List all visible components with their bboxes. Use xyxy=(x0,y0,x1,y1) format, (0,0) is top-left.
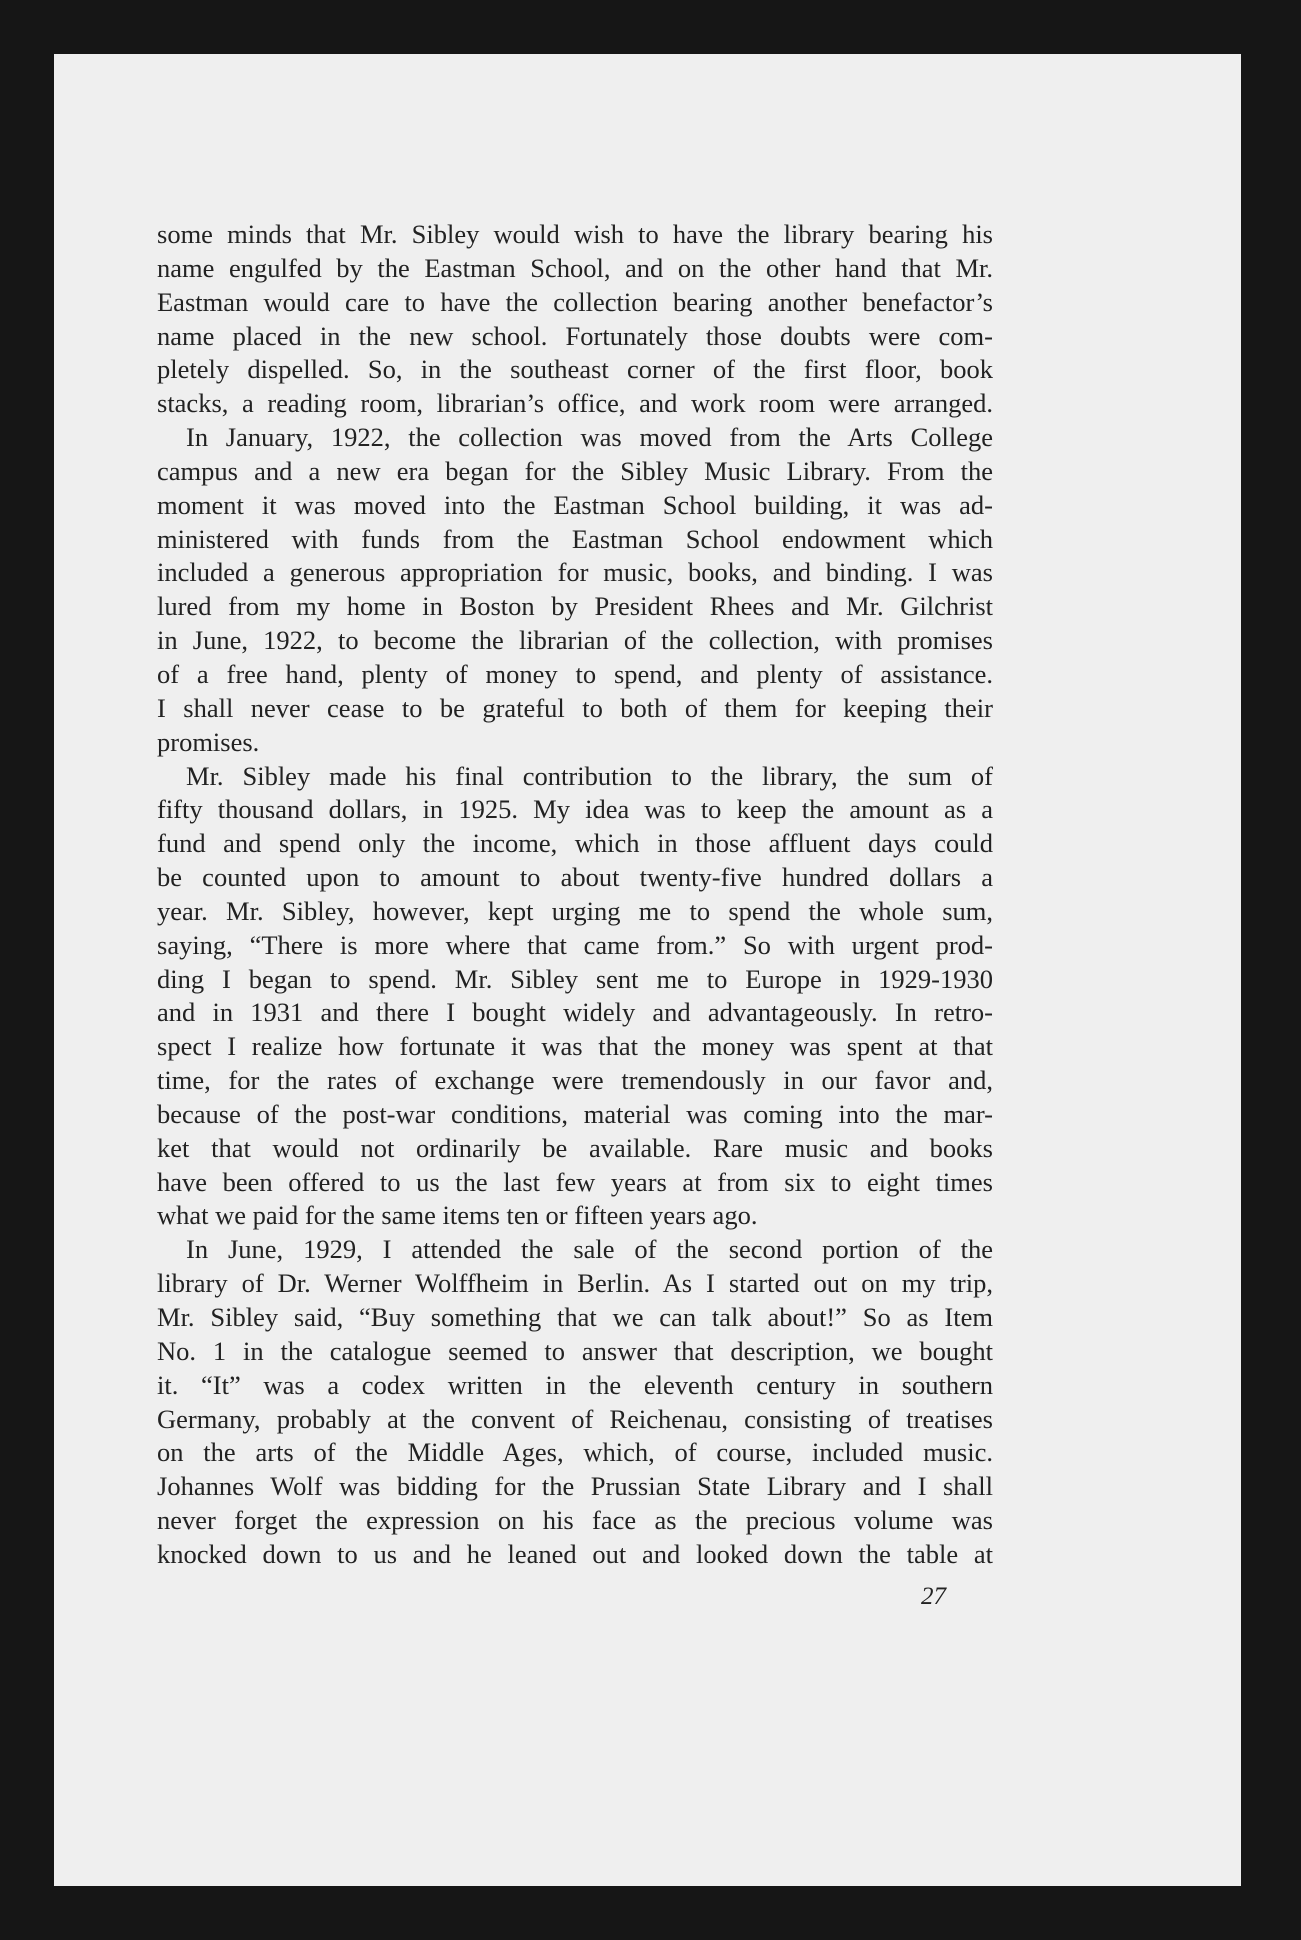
page-number: 27 xyxy=(921,1583,946,1611)
text-line: knocked down to us and he leaned out and… xyxy=(157,1538,993,1572)
text-line: Germany, probably at the convent of Reic… xyxy=(157,1403,993,1437)
text-line: be counted upon to amount to about twent… xyxy=(157,861,993,895)
paragraph-2: In January, 1922, the collection was mov… xyxy=(157,421,993,759)
text-line: name placed in the new school. Fortunate… xyxy=(157,320,993,354)
text-line: time, for the rates of exchange were tre… xyxy=(157,1064,993,1098)
text-line: pletely dispelled. So, in the southeast … xyxy=(157,353,993,387)
text-line: because of the post-war conditions, mate… xyxy=(157,1098,993,1132)
text-line: spect I realize how fortunate it was tha… xyxy=(157,1030,993,1064)
text-line: and in 1931 and there I bought widely an… xyxy=(157,996,993,1030)
text-line: ding I began to spend. Mr. Sibley sent m… xyxy=(157,963,993,997)
text-line: Mr. Sibley said, “Buy something that we … xyxy=(157,1301,993,1335)
text-line: it. “It” was a codex written in the elev… xyxy=(157,1369,993,1403)
text-line: on the arts of the Middle Ages, which, o… xyxy=(157,1436,993,1470)
text-line: included a generous appropriation for mu… xyxy=(157,556,993,590)
text-line: in June, 1922, to become the librarian o… xyxy=(157,624,993,658)
text-line: ket that would not ordinarily be availab… xyxy=(157,1132,993,1166)
text-line: fifty thousand dollars, in 1925. My idea… xyxy=(157,793,993,827)
text-line: moment it was moved into the Eastman Sch… xyxy=(157,489,993,523)
text-line: library of Dr. Werner Wolffheim in Berli… xyxy=(157,1267,993,1301)
paragraph-1: some minds that Mr. Sibley would wish to… xyxy=(157,218,993,421)
text-line: Johannes Wolf was bidding for the Prussi… xyxy=(157,1470,993,1504)
paragraph-4: In June, 1929, I attended the sale of th… xyxy=(157,1233,993,1571)
paragraph-3: Mr. Sibley made his final contribution t… xyxy=(157,760,993,1234)
text-line: never forget the expression on his face … xyxy=(157,1504,993,1538)
text-line: stacks, a reading room, librarian’s offi… xyxy=(157,387,993,421)
text-line: of a free hand, plenty of money to spend… xyxy=(157,658,993,692)
text-line: year. Mr. Sibley, however, kept urging m… xyxy=(157,895,993,929)
text-line: ministered with funds from the Eastman S… xyxy=(157,523,993,557)
text-line: promises. xyxy=(157,726,993,760)
text-line: campus and a new era began for the Sible… xyxy=(157,455,993,489)
text-line: name engulfed by the Eastman School, and… xyxy=(157,252,993,286)
text-line: I shall never cease to be grateful to bo… xyxy=(157,692,993,726)
text-line: saying, “There is more where that came f… xyxy=(157,929,993,963)
text-line: lured from my home in Boston by Presiden… xyxy=(157,590,993,624)
text-line: what we paid for the same items ten or f… xyxy=(157,1199,993,1233)
text-line: Mr. Sibley made his final contribution t… xyxy=(157,760,993,794)
text-line: have been offered to us the last few yea… xyxy=(157,1166,993,1200)
text-line: Eastman would care to have the collectio… xyxy=(157,286,993,320)
text-line: fund and spend only the income, which in… xyxy=(157,827,993,861)
text-line: some minds that Mr. Sibley would wish to… xyxy=(157,218,993,252)
text-line: In June, 1929, I attended the sale of th… xyxy=(157,1233,993,1267)
body-text: some minds that Mr. Sibley would wish to… xyxy=(157,218,993,1572)
text-line: In January, 1922, the collection was mov… xyxy=(157,421,993,455)
text-line: No. 1 in the catalogue seemed to answer … xyxy=(157,1335,993,1369)
